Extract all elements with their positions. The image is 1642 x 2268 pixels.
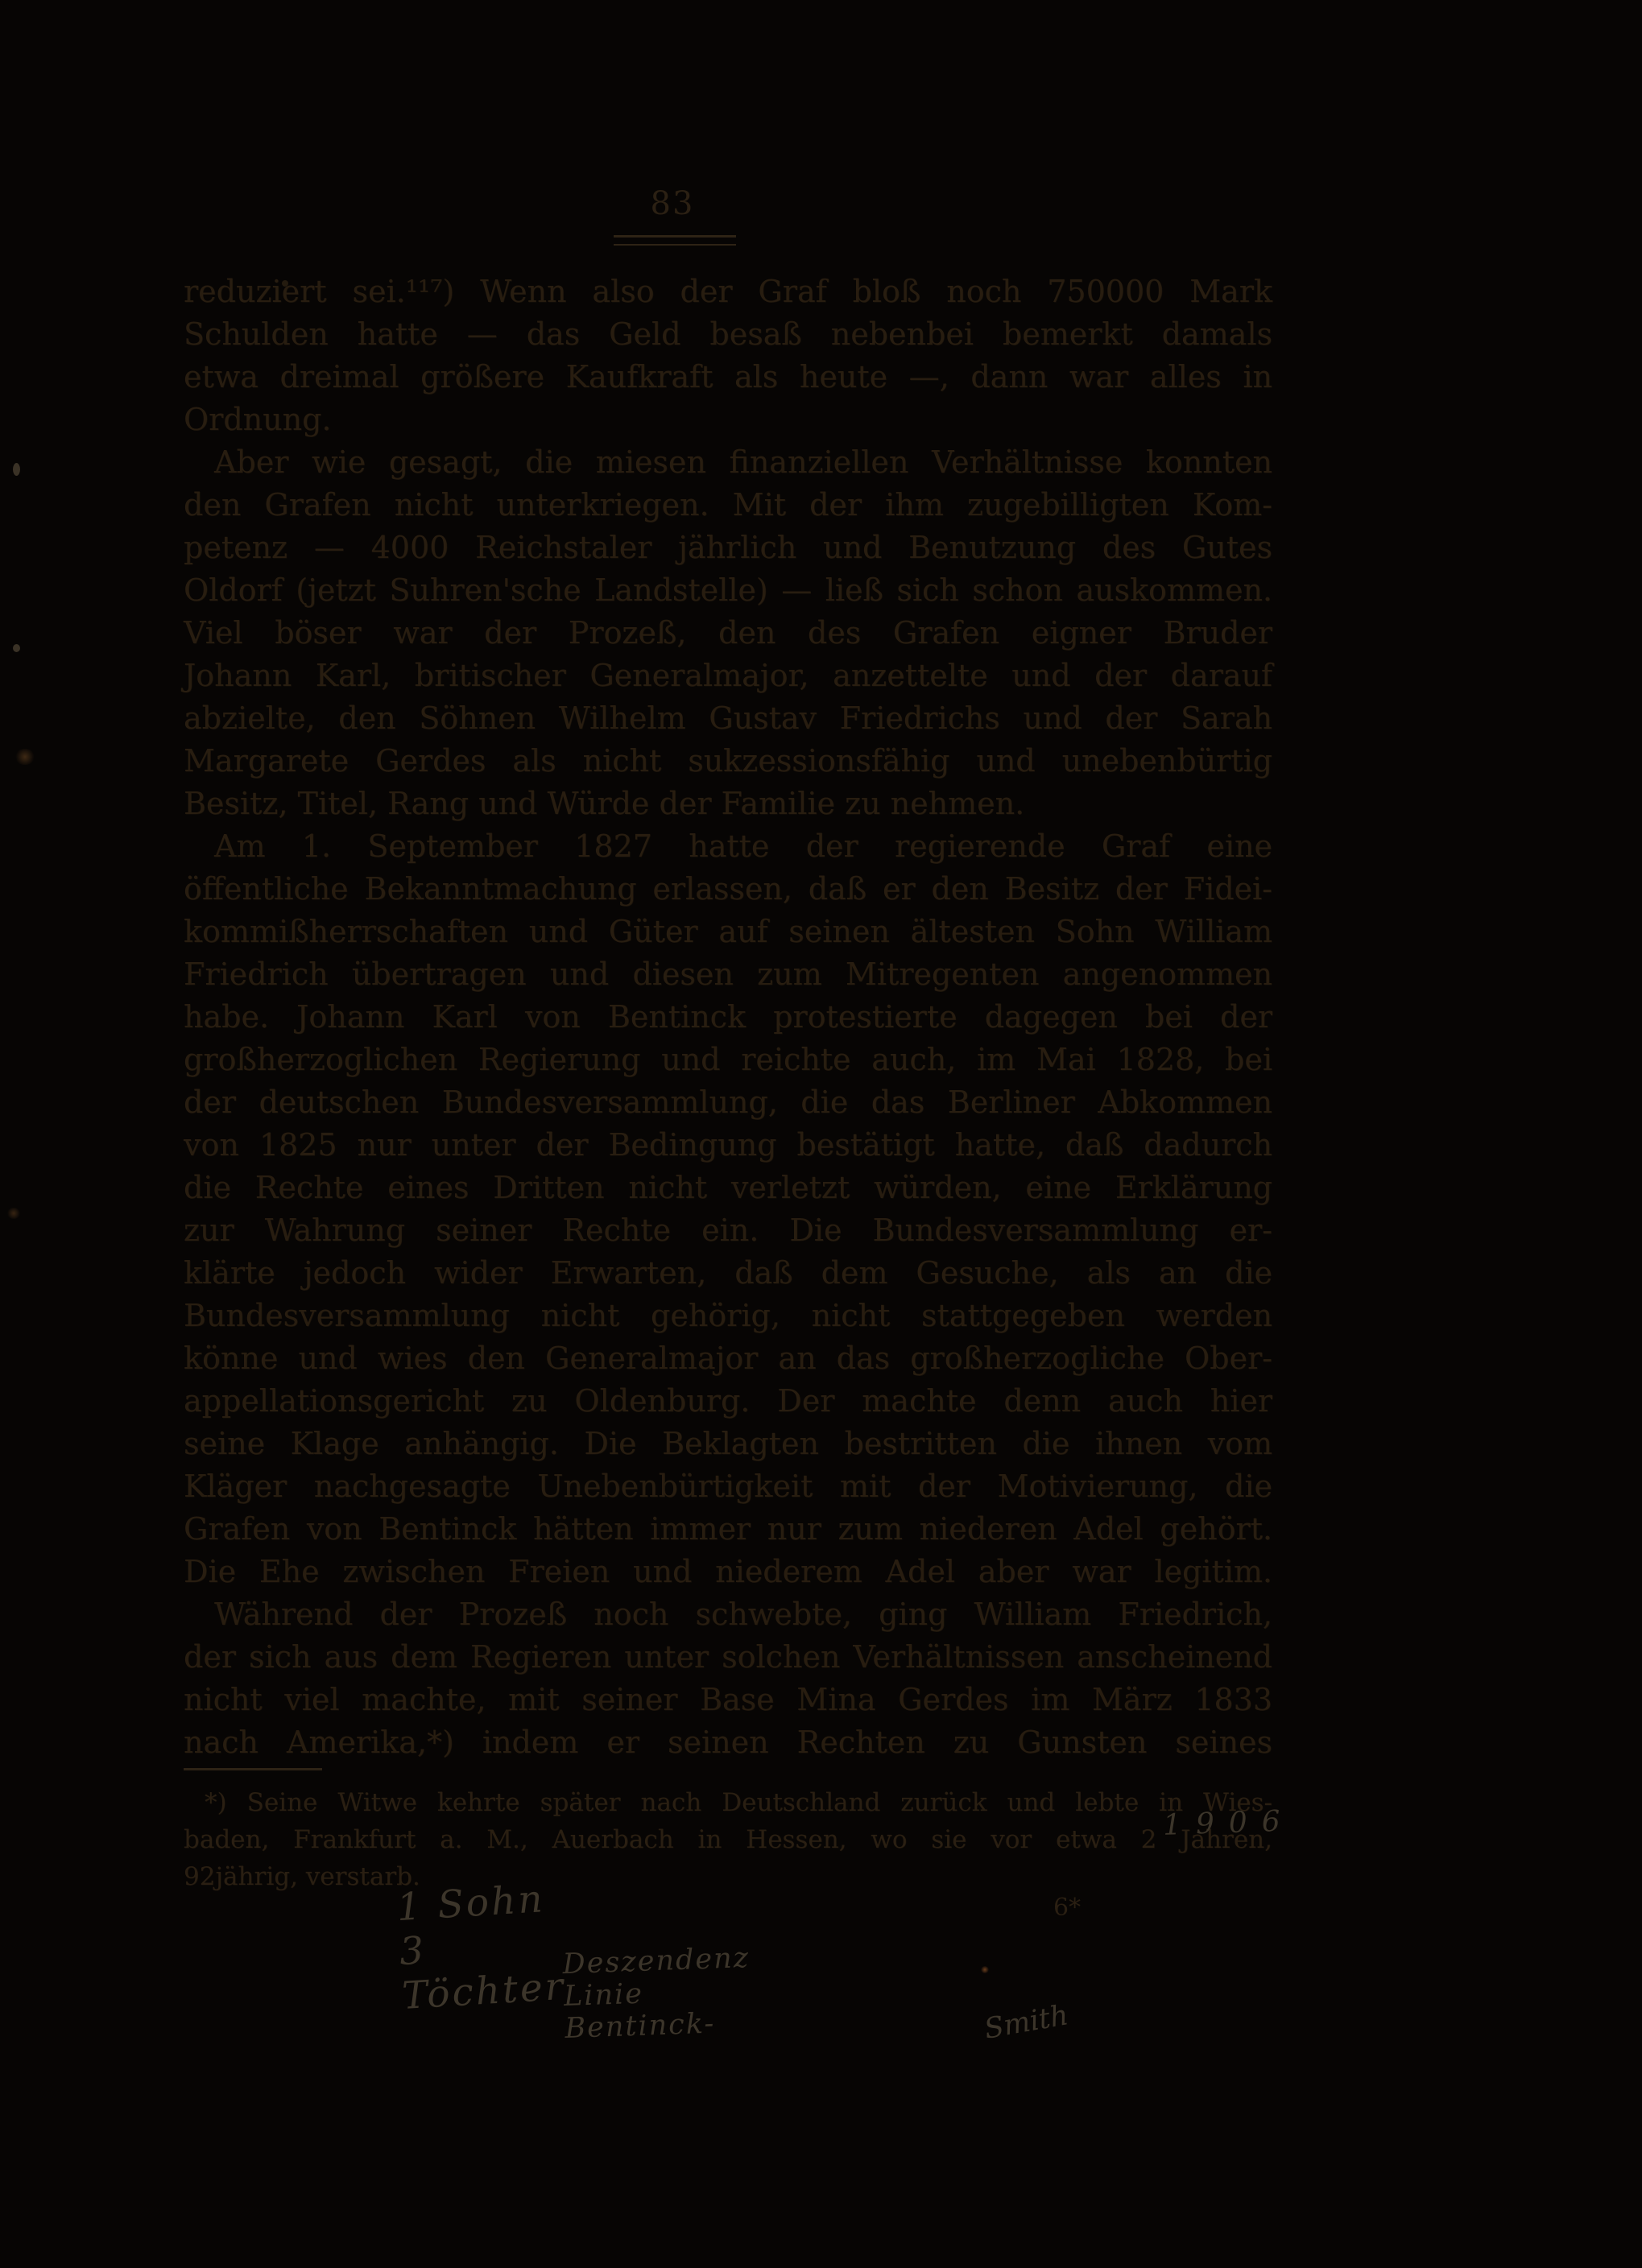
text-line: der sich aus dem Regieren unter solchen … (184, 1636, 1272, 1679)
text-line: Schulden hatte — das Geld besaß nebenbei… (184, 313, 1272, 356)
footnote-line: 92jährig, verstarb. (184, 1858, 1272, 1895)
text-line: Die Ehe zwischen Freien und niederem Ade… (184, 1551, 1272, 1593)
text-line: großherzoglichen Regierung und reichte a… (184, 1039, 1272, 1081)
text-line: zur Wahrung seiner Rechte ein. Die Bunde… (184, 1209, 1272, 1252)
text-line: Margarete Gerdes als nicht sukzessionsfä… (184, 740, 1272, 783)
handwritten-children-annotation: 1 Sohn 3 Töchter (395, 1876, 566, 2018)
text-line: öffentliche Bekanntmachung erlassen, daß… (184, 868, 1272, 911)
text-line: reduziert sei.¹¹⁷) Wenn also der Graf bl… (184, 271, 1272, 313)
footnote-rule (184, 1768, 322, 1770)
signature-mark: 6* (1053, 1894, 1081, 1922)
text-line: Grafen von Bentinck hätten immer nur zum… (184, 1508, 1272, 1551)
paper-stain (6, 1208, 21, 1219)
text-line: abzielte, den Söhnen Wilhelm Gustav Frie… (184, 697, 1272, 740)
handwritten-year-annotation: 1906 (1162, 1804, 1295, 1842)
text-line: kommißherrschaften und Güter auf seinen … (184, 911, 1272, 953)
text-line: Kläger nachgesagte Unebenbürtigkeit mit … (184, 1465, 1272, 1508)
text-line: den Grafen nicht unterkriegen. Mit der i… (184, 484, 1272, 527)
handwritten-descent-annotation: Deszendenz Linie Bentinck- (562, 1942, 753, 2045)
body-text: reduziert sei.¹¹⁷) Wenn also der Graf bl… (184, 271, 1272, 1764)
text-line: Besitz, Titel, Rang und Würde der Famili… (184, 783, 1272, 825)
text-line: klärte jedoch wider Erwarten, daß dem Ge… (184, 1252, 1272, 1295)
text-line: etwa dreimal größere Kaufkraft als heute… (184, 356, 1272, 399)
footnote-line: baden, Frankfurt a. M., Auerbach in Hess… (184, 1821, 1272, 1858)
footnote-line: *) Seine Witwe kehrte später nach Deutsc… (184, 1784, 1272, 1821)
text-line: nach Amerika,*) indem er seinen Rechten … (184, 1721, 1272, 1764)
paper-stain (981, 1966, 989, 1973)
text-line: Bundesversammlung nicht gehörig, nicht s… (184, 1295, 1272, 1337)
text-line: Ordnung. (184, 399, 1272, 441)
text-line: Während der Prozeß noch schwebte, ging W… (184, 1593, 1272, 1636)
text-line: appellationsgericht zu Oldenburg. Der ma… (184, 1380, 1272, 1423)
text-line: Am 1. September 1827 hatte der regierend… (184, 825, 1272, 868)
text-line: Friedrich übertragen und diesen zum Mitr… (184, 953, 1272, 996)
text-line: könne und wies den Generalmajor an das g… (184, 1337, 1272, 1380)
page-number-underline (614, 235, 736, 246)
handwritten-descent-annotation-2: Smith (982, 1999, 1070, 2046)
text-line: seine Klage anhängig. Die Beklagten best… (184, 1423, 1272, 1465)
text-line: von 1825 nur unter der Bedingung bestäti… (184, 1124, 1272, 1167)
text-line: petenz — 4000 Reichstaler jährlich und B… (184, 527, 1272, 569)
paper-stain (14, 749, 35, 765)
text-line: der deutschen Bundesversammlung, die das… (184, 1081, 1272, 1124)
text-line: nicht viel machte, mit seiner Base Mina … (184, 1679, 1272, 1721)
text-line: die Rechte eines Dritten nicht verletzt … (184, 1167, 1272, 1209)
text-line: Oldorf (jetzt Suhren'sche Landstelle) — … (184, 569, 1272, 612)
footnote: *) Seine Witwe kehrte später nach Deutsc… (184, 1784, 1272, 1895)
text-line: Aber wie gesagt, die miesen finanziellen… (184, 441, 1272, 484)
page-number: 83 (592, 185, 753, 222)
text-line: Viel böser war der Prozeß, den des Grafe… (184, 612, 1272, 655)
photographed-book-page: 83 reduziert sei.¹¹⁷) Wenn also der Graf… (0, 0, 1642, 2268)
text-line: Johann Karl, britischer Generalmajor, an… (184, 655, 1272, 697)
text-line: habe. Johann Karl von Bentinck protestie… (184, 996, 1272, 1039)
